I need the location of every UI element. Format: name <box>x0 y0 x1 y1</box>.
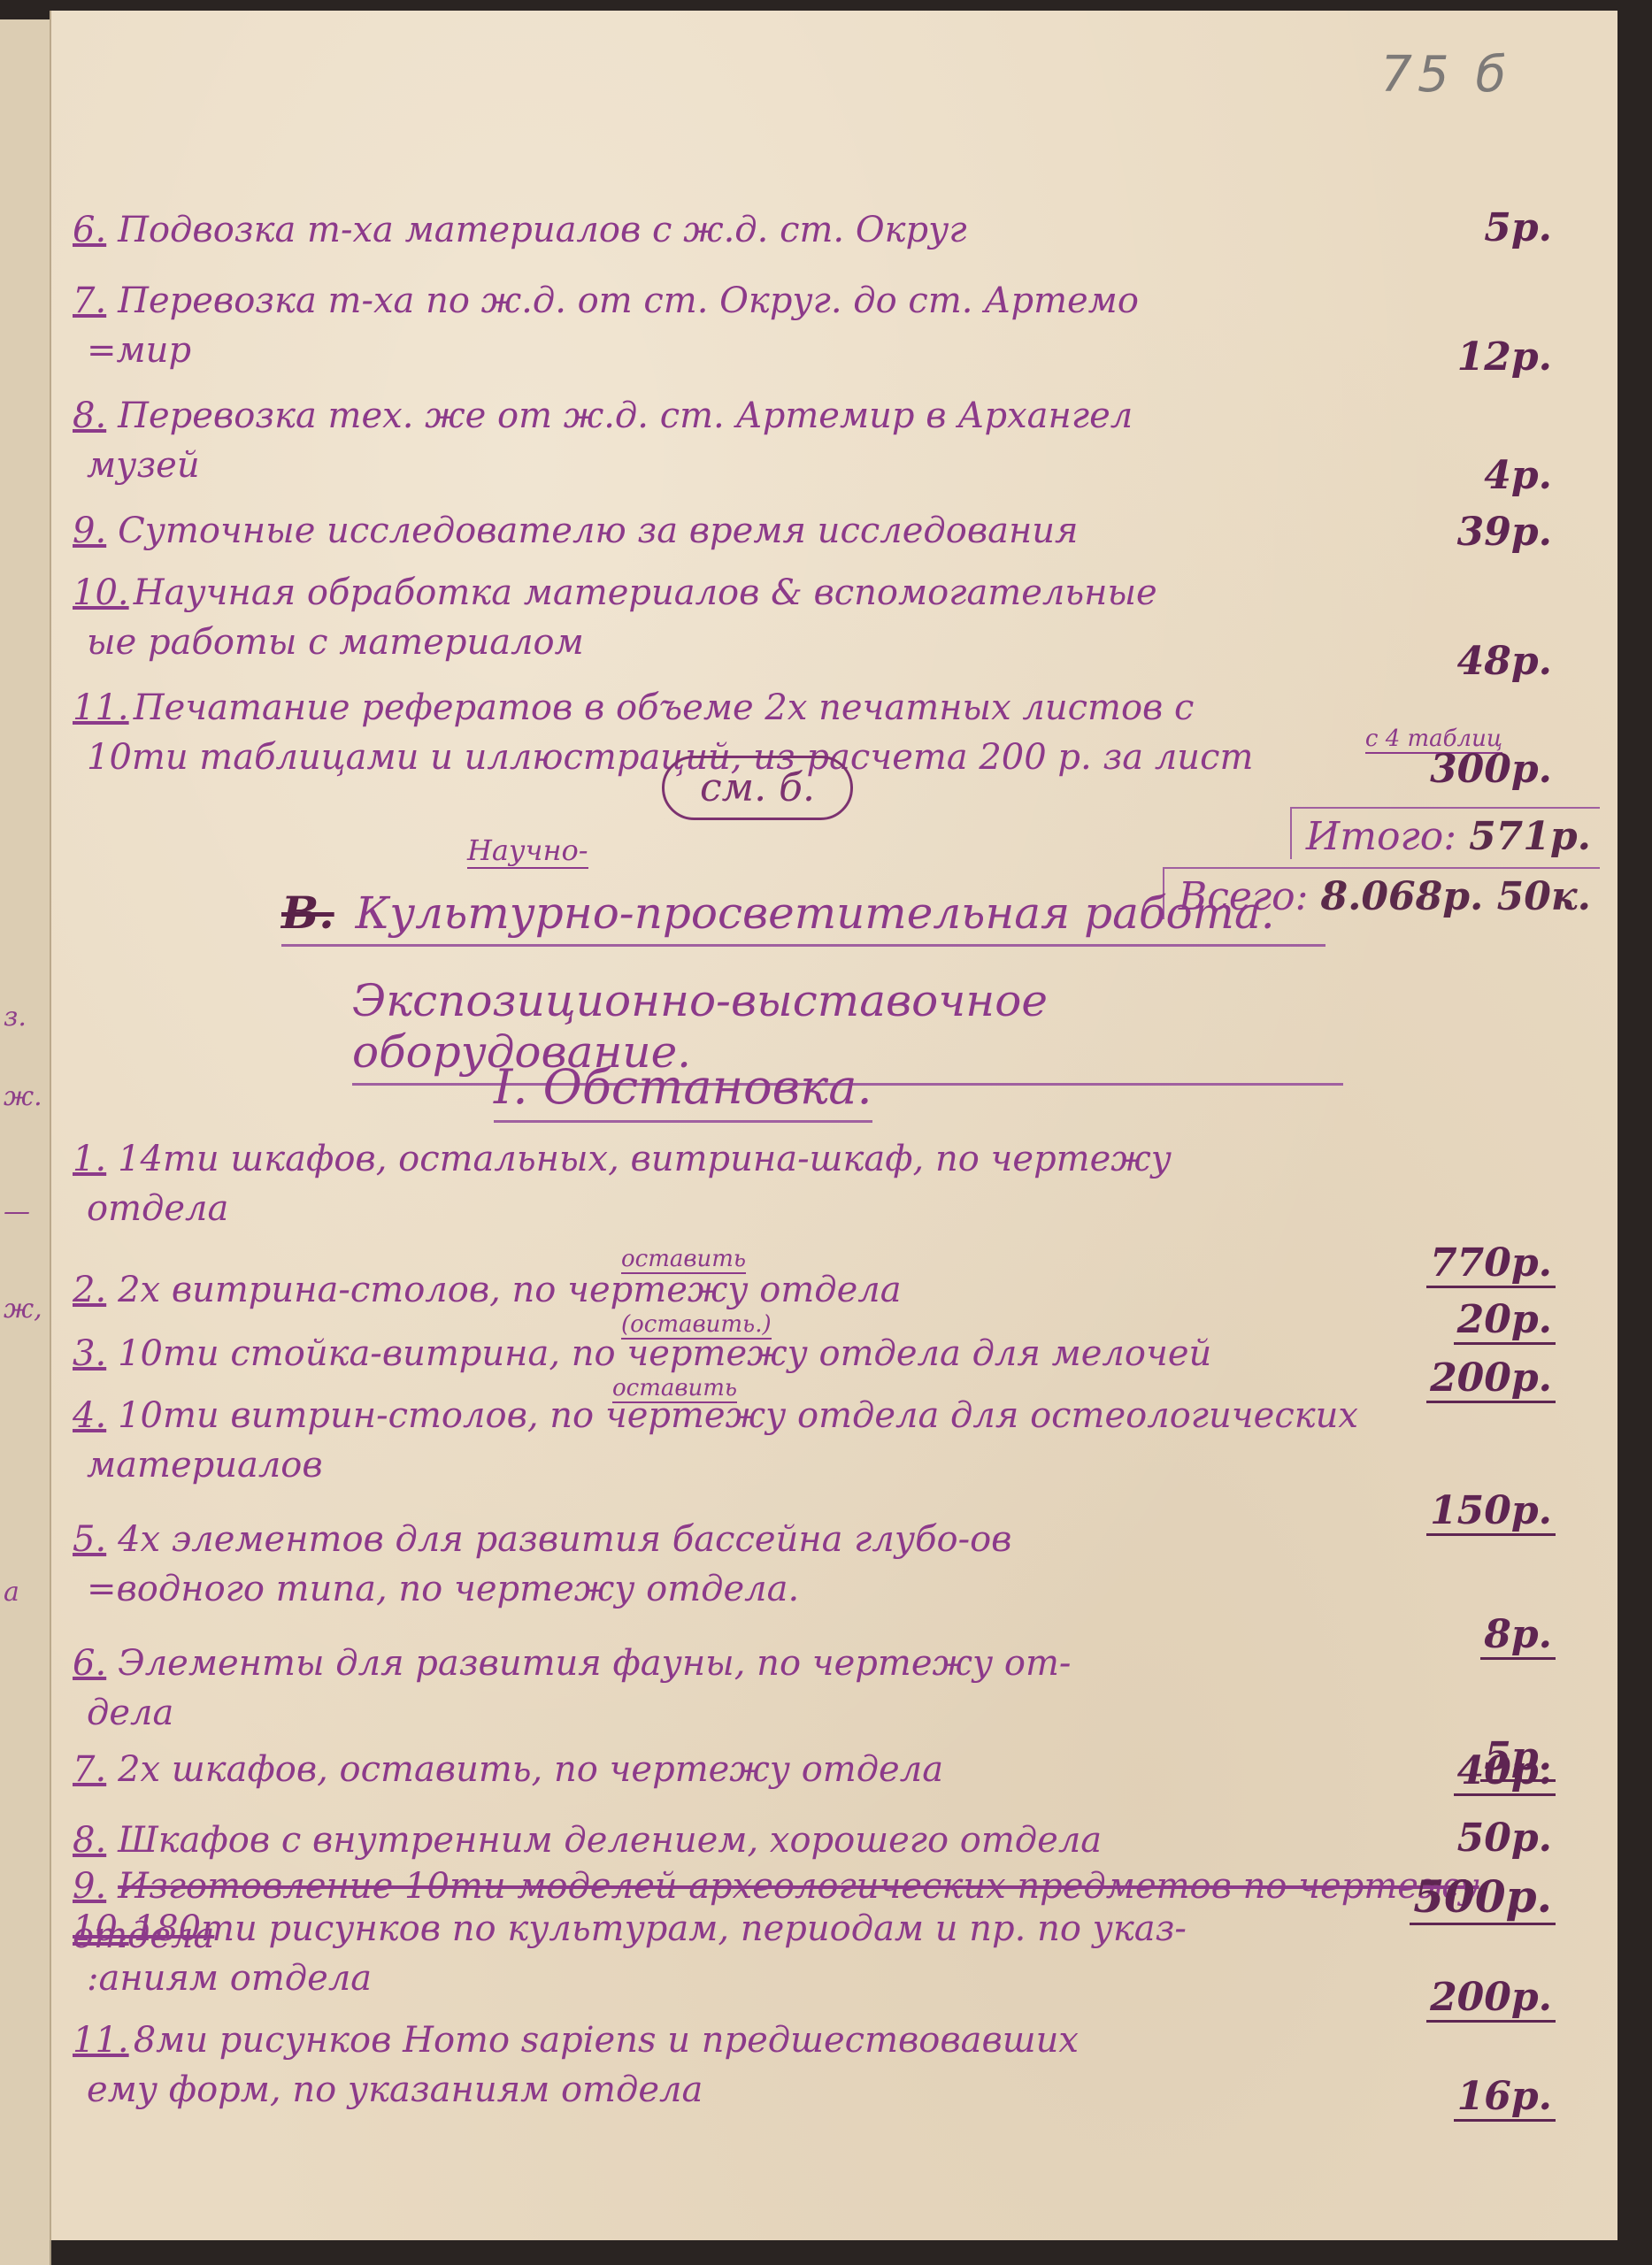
entry-number: 10. <box>73 1908 129 1949</box>
annotation-above: оставить <box>612 1375 737 1403</box>
list-item: 6. Элементы для развития фауны, по черте… <box>73 1639 1582 1738</box>
entry-text: Суточные исследователю за время исследов… <box>118 511 1078 551</box>
entry-number: 2. <box>73 1270 113 1310</box>
subtotal-value: 571р. <box>1469 814 1591 859</box>
entry-number: 4. <box>73 1395 113 1436</box>
entry-text: Подвозка т-ха материалов с ж.д. ст. Окру… <box>118 210 966 250</box>
list-item: 9. Суточные исследователю за время иссле… <box>73 506 1582 556</box>
entry-text: Перевозка тех. же от ж.д. ст. Артемир в … <box>118 395 1133 436</box>
entry-number: 8. <box>73 1820 113 1861</box>
entry-text: Печатание рефератов в объеме 2х печатных… <box>134 687 1195 728</box>
previous-page-fragment: ж. <box>4 1081 42 1112</box>
entry-amount: 48р. <box>1454 639 1556 684</box>
entry-continuation: =мир <box>73 326 1582 375</box>
section-title: В. Культурно-просветительная работа. <box>281 887 1325 947</box>
entry-number: 10. <box>73 572 129 613</box>
annotation-above: (оставить.) <box>621 1311 772 1340</box>
entry-number: 11. <box>73 2020 129 2061</box>
list-item: 11. 8ми рисунков Homo sapiens и предшест… <box>73 2015 1582 2115</box>
entry-continuation: музей <box>73 441 1582 490</box>
entry-number: 9. <box>73 1866 113 1907</box>
entry-number: 6. <box>73 1643 113 1684</box>
previous-page-fragment: ж, <box>4 1294 42 1324</box>
list-item: 5. 4х элементов для развития бассейна гл… <box>73 1515 1582 1614</box>
folio-number: 75 б <box>1380 46 1511 104</box>
entry-text: 4х элементов для развития бассейна глубо… <box>118 1519 1011 1560</box>
list-item: 6. Подвозка т-ха материалов с ж.д. ст. О… <box>73 205 1582 255</box>
list-item: 10. Научная обработка материалов & вспом… <box>73 568 1582 667</box>
entry-text: 2х витрина-столов, по чертежу отдела <box>118 1270 902 1310</box>
entry-text: 10ти витрин-столов, по чертежу отдела дл… <box>118 1395 1358 1436</box>
list-item: оставить 4. 10ти витрин-столов, по черте… <box>73 1391 1582 1490</box>
entry-number: 3. <box>73 1333 113 1374</box>
entry-number: 1. <box>73 1139 113 1179</box>
entry-text: Элементы для развития фауны, по чертежу … <box>118 1643 1071 1684</box>
previous-page-edge: з. ж. — ж, а <box>0 19 51 2265</box>
subtotal: Итого: 571р. <box>1290 807 1600 859</box>
list-item: оставить 2. 2х витрина-столов, по чертеж… <box>73 1265 1582 1315</box>
entry-text: Научная обработка материалов & вспомогат… <box>134 572 1157 613</box>
list-item: (оставить.) 3. 10ти стойка-витрина, по ч… <box>73 1329 1582 1378</box>
entry-amount: 5р. <box>1480 205 1556 250</box>
list-item: 7. 2х шкафов, оставить, по чертежу отдел… <box>73 1745 1582 1794</box>
entry-text: Шкафов с внутренним делением, хорошего о… <box>118 1820 1102 1861</box>
inserted-word: Научно- <box>467 833 588 869</box>
list-item: 1. 14ти шкафов, остальных, витрина-шкаф,… <box>73 1134 1582 1233</box>
entry-text: 14ти шкафов, остальных, витрина-шкаф, по… <box>118 1139 1172 1179</box>
list-item: 8. Перевозка тех. же от ж.д. ст. Артемир… <box>73 391 1582 490</box>
entry-number: 9. <box>73 511 113 551</box>
entry-amount: 39р. <box>1454 510 1556 555</box>
entry-continuation: :аниям отдела <box>73 1954 1582 2003</box>
entry-amount: 300р. <box>1426 747 1556 792</box>
entry-text: 8ми рисунков Homo sapiens и предшествова… <box>134 2020 1079 2061</box>
subtotal-label: Итого: <box>1306 814 1456 859</box>
entry-text: Перевозка т-ха по ж.д. от ст. Округ. до … <box>118 280 1139 321</box>
entry-number: 7. <box>73 1749 113 1790</box>
part-label: I. Обстановка. <box>494 1059 872 1123</box>
previous-page-fragment: а <box>4 1577 19 1608</box>
section-title-text: Культурно-просветительная работа. <box>356 887 1275 939</box>
entry-amount: 50р. <box>1454 1816 1556 1861</box>
document-page: 75 б 6. Подвозка т-ха материалов с ж.д. … <box>50 11 1617 2240</box>
entry-continuation: отдела <box>73 1184 1582 1233</box>
entry-text: 180ти рисунков по культурам, периодам и … <box>134 1908 1187 1949</box>
entry-number: 6. <box>73 210 113 250</box>
circled-reference-mark: см. б. <box>662 756 853 820</box>
grand-total-value: 8.068р. 50к. <box>1320 874 1591 919</box>
list-item: 10. 180ти рисунков по культурам, периода… <box>73 1904 1582 2003</box>
previous-page-fragment: з. <box>4 1002 27 1033</box>
entry-continuation: =водного типа, по чертежу отдела. <box>73 1564 1582 1614</box>
entry-amount: 12р. <box>1454 334 1556 380</box>
entry-text: 2х шкафов, оставить, по чертежу отдела <box>118 1749 943 1790</box>
entry-number: 8. <box>73 395 113 436</box>
entry-number: 11. <box>73 687 129 728</box>
entry-number: 7. <box>73 280 113 321</box>
struck-section-letter: В. <box>281 887 334 939</box>
list-item: 7. Перевозка т-ха по ж.д. от ст. Округ. … <box>73 276 1582 375</box>
entry-continuation: ые работы с материалом <box>73 618 1582 667</box>
entry-number: 5. <box>73 1519 113 1560</box>
entry-amount: 40р. <box>1454 1748 1556 1796</box>
entry-amount: 16р. <box>1454 2074 1556 2122</box>
previous-page-fragment: — <box>4 1196 30 1227</box>
annotation-above: оставить <box>621 1246 746 1274</box>
list-item: 8. Шкафов с внутренним делением, хорошег… <box>73 1816 1582 1865</box>
entry-continuation: материалов <box>73 1440 1582 1490</box>
entry-continuation: ему форм, по указаниям отдела <box>73 2065 1582 2115</box>
entry-amount: 4р. <box>1480 453 1556 498</box>
entry-continuation: дела <box>73 1688 1582 1738</box>
